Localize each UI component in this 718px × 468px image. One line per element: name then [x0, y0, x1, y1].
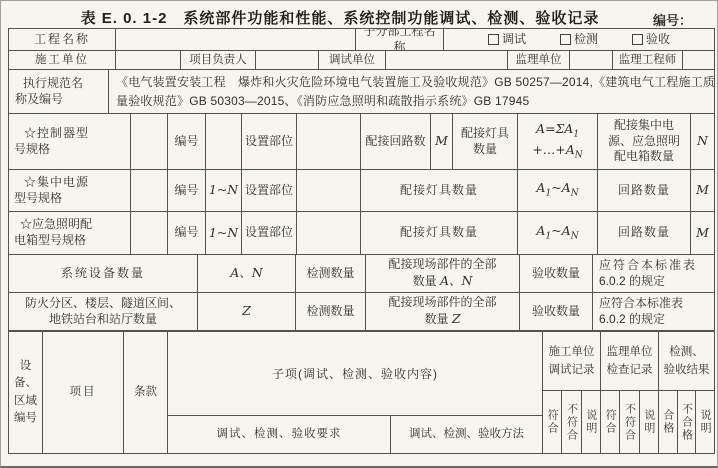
construction-record-group: 施工单位 调试记录 符合 不符合 说明 — [543, 332, 601, 454]
checkbox-group-jiance: 检测 — [560, 32, 598, 48]
system-accept-label: 验收数量 — [520, 255, 593, 293]
form-number-label: 编号： — [653, 10, 692, 29]
dist-box-place-value-cell — [297, 212, 361, 255]
subitem-section: 子项(调试、检测、验收内容) 调试、检测、验收要求 调试、检测、验收方法 — [168, 332, 543, 454]
dist-box-loop-value: M — [691, 212, 715, 255]
controller-loop-label: 配接回路数 — [361, 114, 431, 170]
supervision-record-group: 监理单位 检查记录 符合 不符合 说明 — [601, 332, 659, 454]
supervision-unit-label: 监理单位 — [508, 51, 570, 70]
system-check-label: 检测数量 — [296, 255, 366, 293]
result-header: 检测、 验收结果 — [659, 332, 715, 391]
row-standards: 执行规范名 称及编号 《电气装置安装工程 爆炸和火灾危险环境电气装置施工及验收规… — [9, 70, 715, 114]
dist-box-no-value: 1~N — [206, 212, 242, 255]
col-conform: 符合 — [601, 391, 620, 454]
row-zone-count: 防火分区、楼层、隧道区间、 地铁站台和站厅数量 Z 检测数量 配接现场部件的全部… — [9, 293, 715, 331]
debug-unit-label: 调试单位 — [319, 51, 386, 70]
project-name-label: 工程名称 — [9, 29, 116, 51]
record-type-cell: 调试 检测 验收 — [444, 29, 715, 51]
central-power-model-label: ☆集中电源 型号规格 — [9, 170, 131, 212]
system-accept-std: 应符合本标准表 6.0.2 的规定 — [593, 255, 715, 293]
controller-lamp-formula: A=ΣA1 +…+AN — [518, 114, 598, 170]
dist-box-no-label: 编号 — [168, 212, 206, 255]
construction-unit-value-cell — [116, 51, 181, 70]
dist-box-loop-label: 回路数量 — [598, 212, 691, 255]
controller-box-label: 配接集中电源、应急照明配电箱数量 — [598, 114, 691, 170]
project-name-value-cell — [116, 29, 356, 51]
controller-place-value-cell — [297, 114, 361, 170]
standards-text-line2: 量验收规范》GB 50303—2015、《消防应急照明和疏散指示系统》GB 17… — [116, 92, 529, 111]
controller-lamp-label: 配接灯具数量 — [453, 114, 518, 170]
supervision-engineer-value-cell — [683, 51, 715, 70]
form-title: 表 E. 0. 1-2 系统部件功能和性能、系统控制功能调试、检测、验收记录 — [60, 7, 620, 28]
supervision-engineer-label: 监理工程师 — [613, 51, 683, 70]
col-nonconform: 不符合 — [562, 391, 581, 454]
system-count-value: A、N — [198, 255, 296, 293]
debug-unit-value-cell — [386, 51, 508, 70]
standards-label: 执行规范名 称及编号 — [9, 70, 109, 114]
project-leader-label: 项目负责人 — [181, 51, 256, 70]
col-pass: 合格 — [659, 391, 678, 454]
controller-box-value: N — [691, 114, 715, 170]
checkbox-label-yanshou: 验收 — [646, 32, 670, 48]
row-project: 工程名称 子分部工程名称 调试 检测 验收 — [9, 29, 715, 51]
checkbox-group-yanshou: 验收 — [632, 32, 670, 48]
subitem-header: 子项(调试、检测、验收内容) — [168, 332, 543, 416]
central-power-lamp-label: 配接灯具数量 — [361, 170, 518, 212]
controller-model-value-cell — [131, 114, 168, 170]
central-power-no-value: 1~N — [206, 170, 242, 212]
system-count-label: 系统设备数量 — [9, 255, 198, 293]
central-power-place-label: 设置部位 — [242, 170, 297, 212]
col-note: 说明 — [640, 391, 659, 454]
checkbox-label-tiaoshi: 调试 — [502, 32, 526, 48]
row-central-power: ☆集中电源 型号规格 编号 1~N 设置部位 配接灯具数量 A1~AN 回路数量… — [9, 170, 715, 212]
zone-count-label: 防火分区、楼层、隧道区间、 地铁站台和站厅数量 — [9, 293, 198, 331]
construction-unit-label: 施工单位 — [9, 51, 116, 70]
checkbox-group-tiaoshi: 调试 — [488, 32, 526, 48]
col-note: 说明 — [696, 391, 715, 454]
detail-table: 设备、 区域 编号 项目 条款 子项(调试、检测、验收内容) 调试、检测、验收要… — [8, 331, 715, 454]
row-system-count: 系统设备数量 A、N 检测数量 配接现场部件的全部 数量 A、N 验收数量 应符… — [9, 255, 715, 293]
checkbox-icon[interactable] — [632, 34, 643, 45]
zone-accept-label: 验收数量 — [520, 293, 593, 331]
zone-accept-std: 应符合本标准表 6.0.2 的规定 — [593, 293, 715, 331]
project-leader-value-cell — [256, 51, 319, 70]
checkbox-icon[interactable] — [488, 34, 499, 45]
central-power-place-value-cell — [297, 170, 361, 212]
central-power-loop-label: 回路数量 — [598, 170, 691, 212]
central-power-model-value-cell — [131, 170, 168, 212]
main-table: 工程名称 子分部工程名称 调试 检测 验收 施工单位 项目负责人 调试单位 监理… — [8, 28, 715, 331]
dist-box-model-value-cell — [131, 212, 168, 255]
standards-text: 《电气装置安装工程 爆炸和火灾危险环境电气装置施工及验收规范》GB 50257—… — [109, 70, 715, 114]
construction-record-header: 施工单位 调试记录 — [543, 332, 601, 391]
col-note: 说明 — [582, 391, 601, 454]
col-conform: 符合 — [543, 391, 562, 454]
standards-text-line1: 《电气装置安装工程 爆炸和火灾危险环境电气装置施工及验收规范》GB 50257—… — [116, 73, 715, 92]
device-zone-no-header: 设备、 区域 编号 — [9, 332, 43, 454]
row-controller: ☆控制器型 号规格 编号 设置部位 配接回路数 M 配接灯具数量 A=ΣA1 +… — [9, 114, 715, 170]
dist-box-lamp-label: 配接灯具数量 — [361, 212, 518, 255]
zone-count-value: Z — [198, 293, 296, 331]
subproject-name-label: 子分部工程名称 — [356, 29, 444, 51]
supervision-unit-value-cell — [570, 51, 613, 70]
controller-model-label: ☆控制器型 号规格 — [9, 114, 131, 170]
requirement-header: 调试、检测、验收要求 — [168, 416, 391, 454]
result-group: 检测、 验收结果 合格 不合格 说明 — [659, 332, 715, 454]
supervision-record-header: 监理单位 检查记录 — [601, 332, 659, 391]
controller-place-label: 设置部位 — [242, 114, 297, 170]
zone-check-label: 检测数量 — [296, 293, 366, 331]
controller-no-value-cell — [206, 114, 242, 170]
central-power-lamp-range: A1~AN — [518, 170, 598, 212]
controller-loop-value: M — [431, 114, 453, 170]
clause-header: 条款 — [124, 332, 168, 454]
item-header: 项目 — [43, 332, 124, 454]
dist-box-model-label: ☆应急照明配 电箱型号规格 — [9, 212, 131, 255]
system-check-desc: 配接现场部件的全部 数量 A、N — [366, 255, 520, 293]
checkbox-label-jiance: 检测 — [574, 32, 598, 48]
col-fail: 不合格 — [678, 391, 697, 454]
controller-no-label: 编号 — [168, 114, 206, 170]
method-header: 调试、检测、验收方法 — [391, 416, 543, 454]
central-power-no-label: 编号 — [168, 170, 206, 212]
central-power-loop-value: M — [691, 170, 715, 212]
checkbox-icon[interactable] — [560, 34, 571, 45]
dist-box-lamp-range: A1~AN — [518, 212, 598, 255]
col-nonconform: 不符合 — [620, 391, 639, 454]
row-units: 施工单位 项目负责人 调试单位 监理单位 监理工程师 — [9, 51, 715, 70]
dist-box-place-label: 设置部位 — [242, 212, 297, 255]
row-distribution-box: ☆应急照明配 电箱型号规格 编号 1~N 设置部位 配接灯具数量 A1~AN 回… — [9, 212, 715, 255]
zone-check-desc: 配接现场部件的全部 数量 Z — [366, 293, 520, 331]
